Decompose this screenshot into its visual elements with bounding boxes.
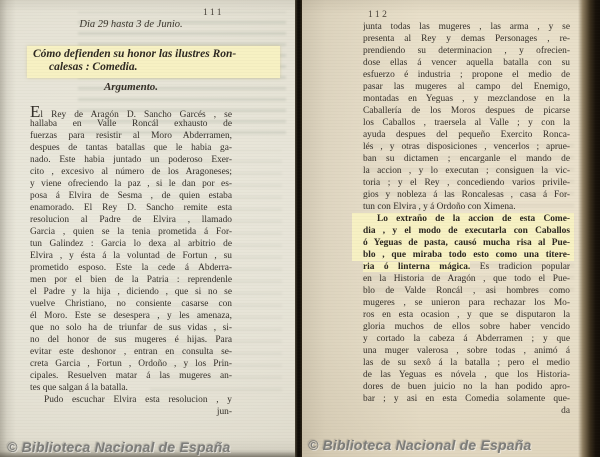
text-line: ban su dictamen ; encarganle el mando de (363, 153, 570, 165)
text-line: montadas en Yeguas , y mezclandose en la (363, 93, 570, 105)
text-line: Elvira , y ésta á la voluntad de Fortun … (30, 250, 232, 262)
text-line: junta todas las mugeres , las arma , y s… (363, 21, 570, 33)
text-line: resolucion al Padre de Elvira , llamado (30, 214, 232, 226)
text-line: tun Galindez : Garcia lo dexa al arbitri… (30, 238, 232, 250)
book-scan: 111 Dia 29 hasta 3 de Junio. Cómo defien… (0, 0, 600, 457)
text-line: la accion , y lo executan ; consiguen la… (363, 165, 570, 177)
text-line: ria ó linterna mágica. Es tradicion popu… (363, 261, 570, 273)
text-line: El Rey de Aragón D. Sancho Garcés , se (30, 106, 232, 118)
text-line: pasar las mugeres al campo del Enemigo, (363, 81, 570, 93)
text-line: él Moro. Este se desespera , y les amena… (30, 310, 232, 322)
page-number-right: 112 (368, 10, 389, 20)
text-line: dose ellas á vencer aquella batalla con … (363, 57, 570, 69)
text-line: en la Historia de Aragón , que todo el P… (363, 273, 570, 285)
text-line: creta Garcia , Fortun , Ordoño , y los P… (30, 358, 232, 370)
text-line: cito , excesivo al número de los Aragone… (30, 166, 232, 178)
text-line: los Caballos , traersela al Valle ; y co… (363, 117, 570, 129)
text-line: el Padre y la hija , diciendo , que si n… (30, 286, 232, 298)
text-line: evitar este deshonor , entran en consult… (30, 346, 232, 358)
title-line-1: Cómo defienden su honor las ilustres Ron… (27, 48, 280, 61)
text-line: ayuda despues del pequeño Exercito Ronca… (363, 129, 570, 141)
text-segment: ria ó linterna mágica. (363, 262, 470, 272)
text-line: fuerzas para resistir al Moro Abderramen… (30, 130, 232, 142)
title-line-2: calesas : Comedia. (27, 61, 280, 74)
text-line: lés , y otras disposiciones , vencerlos … (363, 141, 570, 153)
date-header: Dia 29 hasta 3 de Junio. (30, 19, 232, 30)
text-line: Garcia , quien se la tenia prometida á F… (30, 226, 232, 238)
text-line: bar ; y asi en esta Comedia solamente qu… (363, 393, 570, 405)
page-right-edge (578, 0, 600, 457)
text-line: esfuerzo é industria ; propone el medio … (363, 69, 570, 81)
text-line: toria ; y el Rey , concediendo varios pr… (363, 177, 570, 189)
page-left-body: El Rey de Aragón D. Sancho Garcés , seha… (30, 106, 232, 418)
section-heading: Argumento. (30, 81, 232, 93)
text-line: blo , que miraba todo esto como una tite… (363, 249, 570, 261)
watermark-left: © Biblioteca Nacional de España (7, 439, 230, 455)
highlighted-title: Cómo defienden su honor las ilustres Ron… (27, 46, 280, 78)
text-line: enamorado. El Rey D. Sancho remite esta (30, 202, 232, 214)
text-line: que no solo ha de triunfar de sus vidas … (30, 322, 232, 334)
text-line: vuelve Christiano, no consiente casarse … (30, 298, 232, 310)
text-line: las de su sexô á la batalla ; pero el me… (363, 357, 570, 369)
text-line: dores de buen juicio no la han podido ap… (363, 381, 570, 393)
text-line: blo de Valde Roncál , asi hombres como (363, 285, 570, 297)
text-line: posa á Elvira de Sesma , de quien estaba (30, 190, 232, 202)
text-segment: Es tradicion popular (470, 262, 570, 272)
text-line: gios y nobleza á las Roncalesas , casa á… (363, 189, 570, 201)
text-line: Pudo escuchar Elvira esta resolucion , y (30, 394, 232, 406)
text-line: hallaba en Valle Roncál exhausto de (30, 118, 232, 130)
text-line: jun- (30, 406, 232, 418)
text-line: despues de tantas batallas que le habia … (30, 142, 232, 154)
page-right: 112 junta todas las mugeres , las arma ,… (302, 0, 600, 457)
text-line: men por el bien de la Patria : reprenden… (30, 274, 232, 286)
text-line: tes que salgan á la batalla. (30, 382, 232, 394)
text-line: nado. Este habia juntado un poderoso Exe… (30, 154, 232, 166)
text-line: gloria muchos de ellos sobre haber venci… (363, 321, 570, 333)
watermark-right: © Biblioteca Nacional de España (308, 437, 531, 453)
text-line: presenta al Rey y demas Personages , re- (363, 33, 570, 45)
text-line: prendiendo su determinacion , y ofrecien… (363, 45, 570, 57)
text-line: y viene ofreciendo la paz , si le dan po… (30, 178, 232, 190)
text-line: ó Yeguas de pasta, causó mucha risa al P… (363, 237, 570, 249)
text-line: tun con Elvira , y á Ordoño con Ximena. (363, 201, 570, 213)
page-right-body: junta todas las mugeres , las arma , y s… (363, 21, 570, 417)
page-number-left: 111 (203, 8, 224, 18)
text-line: mugeres , se unieron para rechazar los M… (363, 297, 570, 309)
text-line: ros en esta ocasion , y que se disputaro… (363, 309, 570, 321)
text-line: una muger valerosa , sobre todas , animó… (363, 345, 570, 357)
text-line: prometido esposo. Este la cede á Abderra… (30, 262, 232, 274)
text-line: da (363, 405, 570, 417)
text-line: Lo extraño de la accion de esta Come- (363, 213, 570, 225)
text-line: Caballería de los Moros despues de picar… (363, 105, 570, 117)
page-left: 111 Dia 29 hasta 3 de Junio. Cómo defien… (0, 0, 296, 457)
text-line: cipales. Resuelven matar á las mugeres a… (30, 370, 232, 382)
text-line: y cortado la cabeza á Abderramen ; y que (363, 333, 570, 345)
text-line: dia , y el modo de executarla con Caball… (363, 225, 570, 237)
text-line: no del honor de sus mugeres é hijas. Par… (30, 334, 232, 346)
book-gutter (295, 0, 302, 457)
text-line: de las Yeguas es nóvela , que los Histor… (363, 369, 570, 381)
